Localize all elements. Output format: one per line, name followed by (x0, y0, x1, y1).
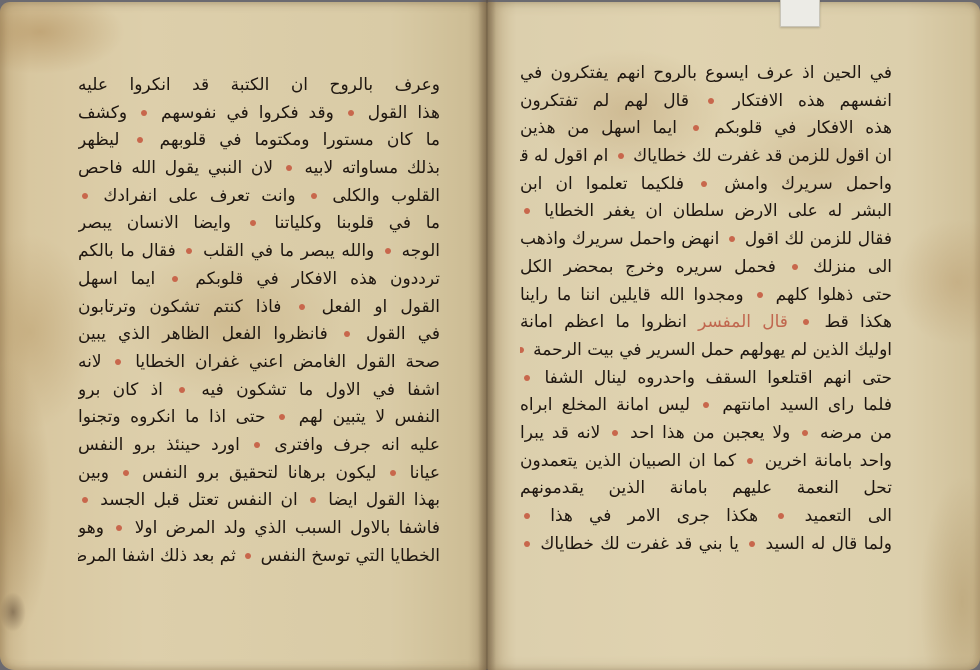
rubric-dot-icon (299, 304, 305, 310)
rubric-dot-icon (186, 248, 192, 254)
manuscript-line: الخطايا التي توسخ النفس ثم بعد ذلك اشفا … (78, 543, 440, 571)
rubric-dot-icon (179, 387, 185, 393)
manuscript-line: هذه الافكار في قلوبكم ايما اسهل من هذين (520, 115, 892, 143)
manuscript-line: من مرضه ولا يعجبن من هذا احد لانه قد يبر… (520, 420, 892, 448)
rubric-dot-icon (310, 497, 316, 503)
manuscript-line: في القول فانظروا الفعل الظاهر الذي يبين (78, 321, 440, 349)
rubric-dot-icon (82, 193, 88, 199)
manuscript-line: اشفا في الاول ما تشكون فيه اذ كان برو (78, 377, 440, 405)
manuscript-line: واحد بامانة اخرين كما ان الصبيان الذين ي… (520, 448, 892, 476)
binding-gutter (478, 0, 496, 670)
rubric-dot-icon (524, 541, 530, 547)
rubric-dot-icon (708, 98, 714, 104)
manuscript-line-with-rubric: هكذا قط قال المفسر انظروا ما اعظم امانة (520, 309, 892, 337)
left-page-text: وعرف بالروح ان الكتبة قد انكروا عليه هذا… (78, 72, 440, 570)
rubric-dot-icon (123, 470, 129, 476)
manuscript-line: الوجه والله يبصر ما في القلب فقال ما بال… (78, 238, 440, 266)
rubric-dot-icon (792, 264, 798, 270)
manuscript-line: الى منزلك فحمل سريره وخرج بمحضر الكل (520, 254, 892, 282)
manuscript-line: ان اقول للزمن قد غفرت لك خطاياك ام اقول … (520, 143, 892, 171)
manuscript-line: فلما راى السيد امانتهم ليس امانة المخلع … (520, 392, 892, 420)
manuscript-line: بهذا القول ايضا ان النفس تعتل قبل الجسد (78, 487, 440, 515)
rubric-dot-icon (286, 165, 292, 171)
rubric-dot-icon (693, 125, 699, 131)
rubric-dot-icon (703, 402, 709, 408)
rubric-dot-icon (348, 110, 354, 116)
manuscript-line: فاشفا بالاول السبب الذي ولد المرض اولا و… (78, 515, 440, 543)
rubric-dot-icon (250, 220, 256, 226)
rubric-heading: قال المفسر (698, 312, 788, 332)
rubric-dot-icon (82, 497, 88, 503)
manuscript-line: القلوب والكلى وانت تعرف على انفرادك (78, 183, 440, 211)
manuscript-line: النفس لا يتبين لهم حتى اذا ما انكروه وتج… (78, 404, 440, 432)
rubric-dot-icon (520, 347, 524, 353)
manuscript-line: القول او الفعل فاذا كنتم تشكون وترتابون (78, 294, 440, 322)
rubric-dot-icon (803, 319, 809, 325)
rubric-dot-icon (311, 193, 317, 199)
manuscript-line: عيانا ليكون برهانا لتحقيق برو النفس وبين (78, 460, 440, 488)
rubric-dot-icon (172, 276, 178, 282)
manuscript-line: فقال للزمن لك اقول انهض واحمل سريرك واذه… (520, 226, 892, 254)
rubric-dot-icon (612, 430, 618, 436)
rubric-dot-icon (137, 137, 143, 143)
right-page-text: في الحين اذ عرف ايسوع بالروح انهم يفتكرو… (520, 60, 892, 558)
edge-damage (0, 592, 26, 632)
rubric-dot-icon (524, 513, 530, 519)
manuscript-line: تحل النعمة عليهم بامانة الذين يقدمونهم (520, 475, 892, 503)
manuscript-line: ترددون هذه الافكار في قلوبكم ايما اسهل (78, 266, 440, 294)
manuscript-line: انفسهم هذه الافتكار قال لهم لم تفتكرون (520, 88, 892, 116)
rubric-dot-icon (524, 375, 530, 381)
rubric-dot-icon (802, 430, 808, 436)
rubric-dot-icon (524, 208, 530, 214)
rubric-dot-icon (390, 470, 396, 476)
rubric-dot-icon (141, 110, 147, 116)
manuscript-line: بذلك مساواته لابيه لان النبي يقول الله ف… (78, 155, 440, 183)
rubric-dot-icon (778, 513, 784, 519)
rubric-dot-icon (749, 541, 755, 547)
rubric-dot-icon (245, 553, 251, 559)
rubric-dot-icon (385, 248, 391, 254)
manuscript-line: اوليك الذين لم يهولهم حمل السرير في بيت … (520, 337, 892, 365)
manuscript-line: ما في قلوبنا وكلياتنا وايضا الانسان يبصر (78, 210, 440, 238)
manuscript-line: عليه انه جرف وافترى اورد حينئذ برو النفس (78, 432, 440, 460)
manuscript-line: حتى ذهلوا كلهم ومجدوا الله قايلين اننا م… (520, 282, 892, 310)
rubric-dot-icon (115, 359, 121, 365)
manuscript-line: البشر له على الارض سلطان ان يغفر الخطايا (520, 198, 892, 226)
rubric-dot-icon (344, 331, 350, 337)
manuscript-line: واحمل سريرك وامش فلكيما تعلموا ان ابن (520, 171, 892, 199)
manuscript-line: هذا القول وقد فكروا في نفوسهم وكشف (78, 100, 440, 128)
rubric-dot-icon (116, 525, 122, 531)
manuscript-spread: وعرف بالروح ان الكتبة قد انكروا عليه هذا… (0, 0, 980, 670)
rubric-dot-icon (618, 153, 624, 159)
manuscript-line: صحة القول الغامض اعني غفران الخطايا لانه (78, 349, 440, 377)
manuscript-line: في الحين اذ عرف ايسوع بالروح انهم يفتكرو… (520, 60, 892, 88)
rubric-dot-icon (729, 236, 735, 242)
manuscript-line: وعرف بالروح ان الكتبة قد انكروا عليه (78, 72, 440, 100)
manuscript-line: ولما قال له السيد يا بني قد غفرت لك خطاي… (520, 531, 892, 559)
rubric-dot-icon (747, 458, 753, 464)
manuscript-line: حتى انهم اقتلعوا السقف واحدروه لينال الش… (520, 365, 892, 393)
rubric-dot-icon (279, 414, 285, 420)
rubric-dot-icon (701, 181, 707, 187)
paper-tab-marker (780, 0, 820, 27)
rubric-dot-icon (254, 442, 260, 448)
rubric-dot-icon (757, 292, 763, 298)
manuscript-line: الى التعميد هكذا جرى الامر في هذا (520, 503, 892, 531)
manuscript-line: ما كان مستورا ومكتوما في قلوبهم ليظهر (78, 127, 440, 155)
